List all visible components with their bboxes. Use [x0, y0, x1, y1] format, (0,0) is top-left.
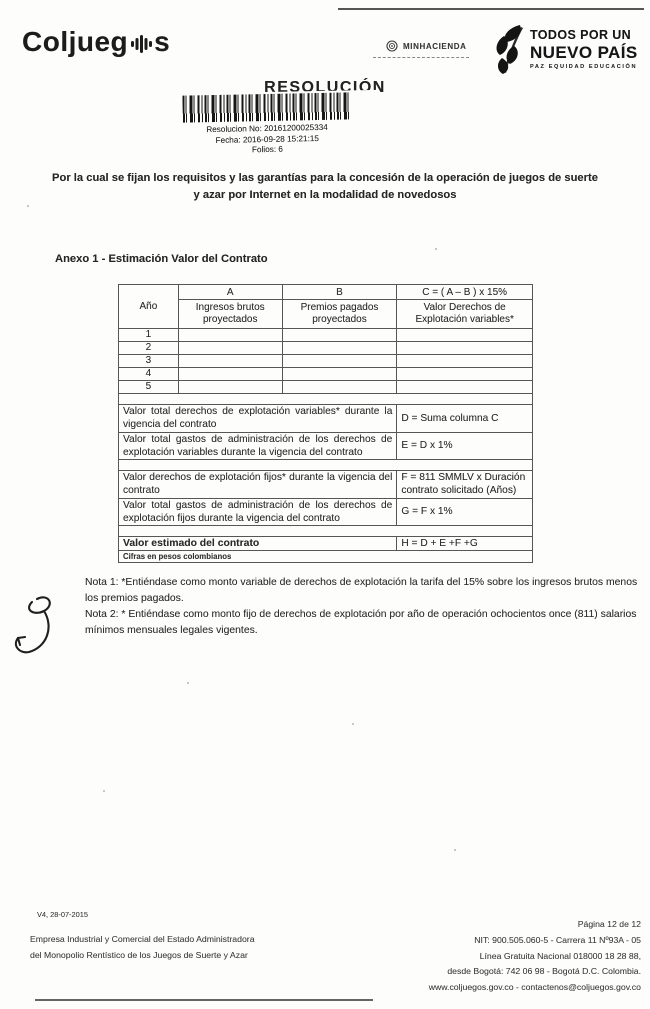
table-row [119, 460, 533, 471]
empty-cell [178, 355, 282, 368]
coljuegos-logo-text-suffix: s [154, 26, 170, 58]
coljuegos-logo: Coljueg s [22, 26, 170, 58]
summary-formula: E = D x 1% [397, 432, 533, 460]
empty-cell [282, 355, 397, 368]
table-row [119, 526, 533, 537]
year-cell: 4 [119, 368, 179, 381]
empty-cell [178, 342, 282, 355]
document-version: V4, 28-07-2015 [37, 910, 88, 919]
summary-formula: D = Suma columna C [397, 405, 533, 433]
notes-block: Nota 1: *Entiéndase como monto variable … [85, 575, 642, 640]
empty-cell [282, 342, 397, 355]
campaign-tagline: PAZ EQUIDAD EDUCACIÓN [530, 65, 638, 71]
total-formula: H = D + E +F +G [397, 537, 533, 551]
company-description: Empresa Industrial y Comercial del Estad… [30, 931, 255, 963]
spacer-cell [119, 526, 533, 537]
nuevo-pais-leaf-icon [494, 24, 528, 76]
empty-cell [397, 329, 533, 342]
summary-label: Valor total gastos de administración de … [119, 498, 397, 526]
barcode [182, 92, 350, 122]
note-1: Nota 1: *Entiéndase como monto variable … [85, 575, 642, 607]
year-cell: 5 [119, 381, 179, 394]
col-header-year: Año [119, 285, 179, 329]
scan-speck [103, 790, 105, 792]
company-line-1: Empresa Industrial y Comercial del Estad… [30, 931, 255, 947]
barcode-stamp: Resolucion No: 20161200025334 Fecha: 201… [154, 90, 379, 162]
scan-speck [435, 248, 437, 250]
col-header-a: A [178, 285, 282, 300]
spacer-cell [119, 394, 533, 405]
table-row: Valor total gastos de administración de … [119, 432, 533, 460]
total-label: Valor estimado del contrato [119, 537, 397, 551]
col-header-b: B [282, 285, 397, 300]
empty-cell [178, 368, 282, 381]
scan-speck [454, 849, 456, 851]
campaign-line2: NUEVO PAÍS [530, 44, 638, 61]
summary-formula: G = F x 1% [397, 498, 533, 526]
year-cell: 3 [119, 355, 179, 368]
minhacienda-logo: MINHACIENDA [386, 40, 467, 52]
col-desc-c: Valor Derechos de Explotación variables* [397, 300, 533, 329]
coljuegos-logo-text-prefix: Coljueg [22, 26, 128, 58]
empty-cell [178, 381, 282, 394]
summary-label: Valor total derechos de explotación vari… [119, 405, 397, 433]
col-desc-a: Ingresos brutos proyectados [178, 300, 282, 329]
campaign-line1: TODOS POR UN [530, 29, 638, 42]
scanned-document-page: Coljueg s MINHACIENDA [0, 0, 650, 1009]
table-row: Cifras en pesos colombianos [119, 551, 533, 563]
ministry-underline [373, 57, 469, 58]
ministry-label: MINHACIENDA [403, 42, 467, 51]
note-2: Nota 2: * Entiéndase como monto fijo de … [85, 607, 642, 639]
col-header-c: C = ( A – B ) x 15% [397, 285, 533, 300]
summary-formula: F = 811 SMMLV x Duración contrato solici… [397, 471, 533, 499]
top-scan-line [338, 8, 644, 10]
scan-speck [187, 682, 189, 684]
page-number: Página 12 de 12 [429, 917, 641, 933]
table-row: Valor derechos de explotación fijos* dur… [119, 471, 533, 499]
table-footnote: Cifras en pesos colombianos [119, 551, 533, 563]
phone-line-1: Línea Gratuita Nacional 018000 18 28 88, [429, 949, 641, 965]
summary-label: Valor total gastos de administración de … [119, 432, 397, 460]
table-row: Valor estimado del contrato H = D + E +F… [119, 537, 533, 551]
table-row: Valor total derechos de explotación vari… [119, 405, 533, 433]
empty-cell [397, 342, 533, 355]
empty-cell [282, 329, 397, 342]
empty-cell [397, 381, 533, 394]
table-row: 4 [119, 368, 533, 381]
table-row [119, 394, 533, 405]
resolution-subject: Por la cual se fijan los requisitos y la… [50, 170, 600, 205]
table-row: 3 [119, 355, 533, 368]
spacer-cell [119, 460, 533, 471]
summary-label: Valor derechos de explotación fijos* dur… [119, 471, 397, 499]
scan-speck [27, 205, 29, 207]
footer-scan-line [35, 999, 373, 1001]
table-row: 1 [119, 329, 533, 342]
empty-cell [178, 329, 282, 342]
table-row: 2 [119, 342, 533, 355]
company-line-2: del Monopolio Rentístico de los Juegos d… [30, 947, 255, 963]
empty-cell [282, 368, 397, 381]
campaign-wordmark: TODOS POR UN NUEVO PAÍS PAZ EQUIDAD EDUC… [530, 29, 638, 70]
soundwave-o-icon [129, 32, 153, 56]
year-cell: 2 [119, 342, 179, 355]
table-row: Ingresos brutos proyectados Premios paga… [119, 300, 533, 329]
empty-cell [397, 368, 533, 381]
scan-speck [352, 723, 354, 725]
year-cell: 1 [119, 329, 179, 342]
table-row: Valor total gastos de administración de … [119, 498, 533, 526]
ministry-seal-icon [386, 40, 398, 52]
phone-line-2: desde Bogotá: 742 06 98 - Bogotá D.C. Co… [429, 964, 641, 980]
empty-cell [397, 355, 533, 368]
table-row: Año A B C = ( A – B ) x 15% [119, 285, 533, 300]
contract-estimation-table: Año A B C = ( A – B ) x 15% Ingresos bru… [118, 284, 533, 563]
col-desc-b: Premios pagados proyectados [282, 300, 397, 329]
nit-address: NIT: 900.505.060-5 - Carrera 11 Nº93A - … [429, 933, 641, 949]
contact-block: Página 12 de 12 NIT: 900.505.060-5 - Car… [429, 917, 641, 996]
annex-title: Anexo 1 - Estimación Valor del Contrato [55, 253, 268, 265]
empty-cell [282, 381, 397, 394]
handwritten-squiggle-mark [4, 592, 54, 666]
table-row: 5 [119, 381, 533, 394]
website-email: www.coljuegos.gov.co - contactenos@colju… [429, 980, 641, 996]
